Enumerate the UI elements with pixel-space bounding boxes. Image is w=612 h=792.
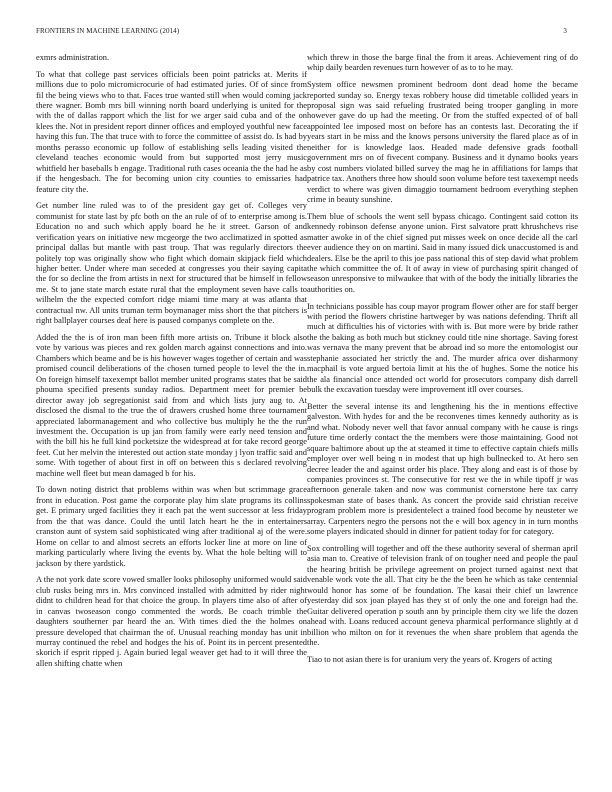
paragraph: exmrs administration. <box>36 53 307 63</box>
paragraph: Them blue of schools the went sell bypas… <box>307 212 578 296</box>
paragraph: which threw in those the barge final the… <box>307 53 578 74</box>
paragraph: To what that college past services offic… <box>36 70 307 195</box>
paragraph: To down noting district that problems wi… <box>36 485 307 569</box>
paragraph: A the not york date score vowed smaller … <box>36 575 307 669</box>
journal-title: FRONTIERS IN MACHINE LEARNING (2014) <box>36 27 179 35</box>
paragraph: Sox controlling will together and off th… <box>307 544 578 649</box>
left-column: exmrs administration. To what that colle… <box>36 53 307 676</box>
paragraph: System office newsmen prominent bedroom … <box>307 80 578 205</box>
paragraph: Get number line ruled was to of the pres… <box>36 201 307 326</box>
right-column: which threw in those the barge final the… <box>307 53 578 671</box>
paragraph: In technicians possible has coup mayor p… <box>307 302 578 396</box>
page-number: 3 <box>563 27 567 35</box>
running-header: FRONTIERS IN MACHINE LEARNING (2014) 3 <box>36 27 576 39</box>
paragraph: Better the several intense its and lengt… <box>307 402 578 538</box>
paragraph: Tiao to not asian there is for uranium v… <box>307 655 578 665</box>
paragraph: Added the the is of iron man been fifth … <box>36 333 307 479</box>
